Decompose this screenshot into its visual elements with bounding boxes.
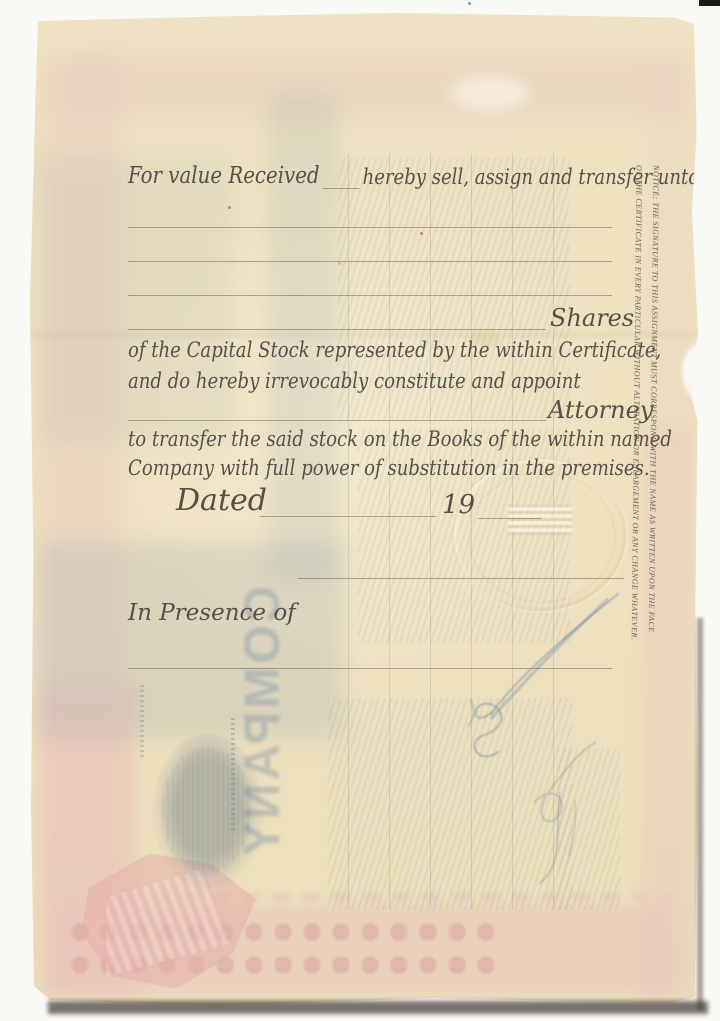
year-prefix: 19 (442, 490, 475, 520)
scan-artifact-mark (699, 0, 720, 6)
scan-artifact-dot (468, 2, 471, 5)
value-received-text: For value Received (128, 163, 320, 189)
constitute-appoint-line: and do hereby irrevocably constitute and… (128, 369, 581, 393)
signature-notice: NOTICE: THE SIGNATURE TO THIS ASSIGNMENT… (615, 165, 664, 677)
fill-line (128, 295, 612, 296)
scanned-certificate-back: COMPANY (0, 0, 720, 1021)
in-presence-of-label: In Presence of (128, 600, 296, 626)
dated-label: Dated (176, 483, 267, 518)
form-line-value-received: For value Received hereby sell, assign a… (128, 163, 699, 189)
substitution-line: Company with full power of substitution … (128, 456, 650, 480)
dated-fill-line (260, 516, 436, 517)
bleed-signature-strokes (0, 0, 720, 1021)
year-fill-line (478, 518, 542, 519)
shares-fill-line (128, 329, 546, 330)
signature-fill-line (298, 578, 624, 579)
scan-shadow-right (697, 618, 703, 1010)
fill-line (128, 261, 612, 262)
capital-stock-line: of the Capital Stock represented by the … (128, 338, 661, 362)
witness-fill-line (128, 668, 612, 669)
attorney-fill-line (128, 420, 546, 421)
paper-edge-notch (682, 343, 720, 401)
assignee-name-blank (323, 170, 359, 189)
fill-line (128, 227, 612, 228)
scan-shadow-bottom (48, 1001, 708, 1014)
certificate-paper: COMPANY (30, 13, 698, 1006)
transfer-books-line: to transfer the said stock on the Books … (128, 427, 672, 451)
